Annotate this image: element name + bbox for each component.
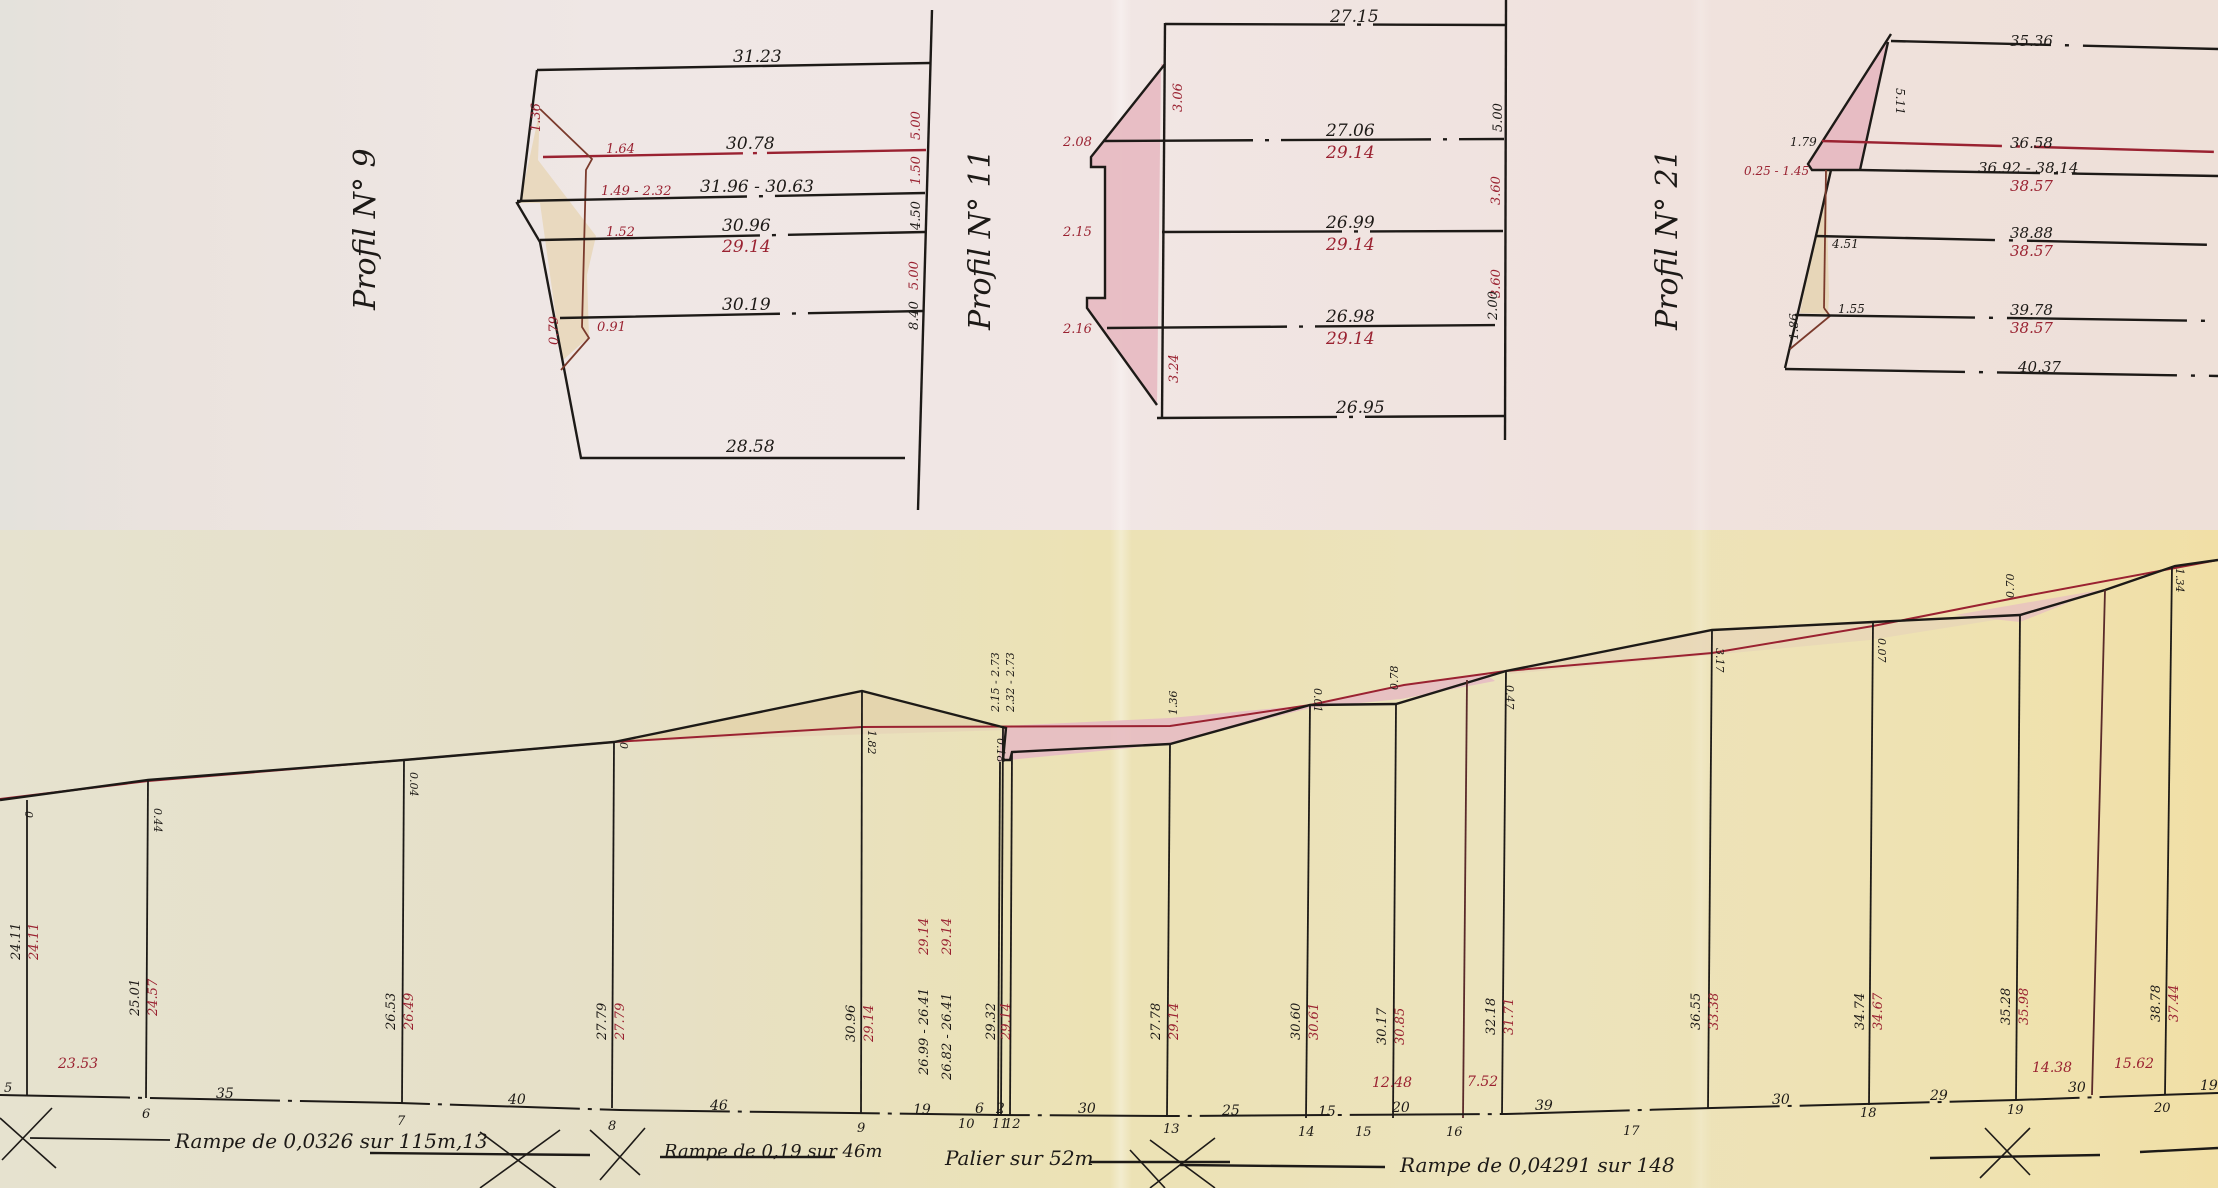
- partial-distance: 7.52: [1467, 1074, 1498, 1090]
- dimension-label: 0.25 - 1.45: [1744, 164, 1809, 178]
- formation-level: 29.14: [1167, 1003, 1182, 1041]
- ground-level: 24.11: [9, 923, 24, 961]
- dimension-label: 1.86: [1787, 313, 1801, 340]
- elevation-label: 30.96: [722, 216, 771, 236]
- elevation-label: 26.99: [1325, 213, 1375, 233]
- dimension-label: 4.51: [1831, 237, 1859, 251]
- elevation-label: 36.58: [2010, 134, 2053, 152]
- drawing: Profil N° 9 31.23 30.78 31.96 - 30.63 30…: [0, 0, 2218, 1188]
- station-number: 9: [857, 1121, 865, 1136]
- formation-label: 29.14: [1325, 235, 1375, 255]
- formation-label: 29.14: [721, 237, 771, 257]
- dimension-label: 3.60: [1489, 176, 1504, 205]
- distance-label: 35: [216, 1086, 234, 1102]
- distance-label: 25: [1221, 1103, 1240, 1119]
- distance-label: 29: [1929, 1088, 1948, 1104]
- dimension-label: 1.49 - 2.32: [601, 184, 672, 199]
- partial-distance: 14.38: [2032, 1060, 2072, 1076]
- ground-level: 27.78: [1149, 1003, 1164, 1041]
- station-number: 6: [142, 1107, 150, 1122]
- elevation-label: 26.95: [1335, 398, 1385, 418]
- formation-level: 29.14: [940, 918, 955, 956]
- gradient-label: Rampe de 0,04291 sur 148: [1399, 1153, 1675, 1177]
- ground-level: 29.32: [984, 1003, 999, 1041]
- partial-distance: 12.48: [1372, 1075, 1412, 1091]
- section-title: Profil N° 11: [963, 149, 998, 331]
- height-label: 0.01: [1311, 688, 1324, 713]
- dimension-label: 3.06: [1171, 83, 1186, 112]
- elevation-label: 27.15: [1329, 7, 1379, 27]
- formation-level: 29.14: [917, 918, 932, 956]
- elevation-label: 27.06: [1325, 121, 1375, 141]
- dimension-label: 1.36: [529, 103, 544, 132]
- ground-level: 26.53: [384, 993, 399, 1031]
- distance-label: 46: [709, 1098, 728, 1114]
- cross-section-21: [1785, 34, 2218, 376]
- dimension-label: 0.91: [597, 320, 626, 335]
- formation-level: 24.57: [146, 978, 161, 1017]
- height-label: 3.17: [1713, 648, 1726, 673]
- formation-level: 35.98: [2017, 988, 2032, 1025]
- distance-label: 19: [913, 1102, 931, 1118]
- station-number: 20: [2153, 1101, 2171, 1116]
- dimension-label: 2.16: [1062, 322, 1092, 337]
- station-number: 16: [1446, 1125, 1463, 1140]
- dimension-label: 2.15: [1062, 225, 1092, 240]
- formation-level: 37.44: [2167, 985, 2182, 1022]
- formation-level: 27.79: [613, 1003, 628, 1041]
- distance-label: 6: [975, 1101, 984, 1117]
- ground-level: 26.99 - 26.41: [917, 988, 932, 1076]
- dimension-label: 3.24: [1167, 354, 1182, 383]
- distance-label: 30: [1772, 1092, 1790, 1108]
- station-number: 5: [4, 1081, 12, 1096]
- dimension-label: 1.50: [909, 156, 924, 185]
- height-label: 2.15 - 2.73: [989, 652, 1002, 713]
- ground-level: 30.60: [1289, 1003, 1304, 1040]
- partial-distance: 15.62: [2114, 1056, 2154, 1072]
- formation-label: 38.57: [2010, 242, 2053, 260]
- elevation-label: 39.78: [2010, 301, 2053, 319]
- formation-level: 31.71: [1502, 998, 1517, 1035]
- elevation-label: 31.23: [733, 47, 782, 67]
- cross-section-9: [517, 10, 932, 510]
- station-number: 13: [1163, 1122, 1180, 1137]
- distance-label: 39: [1535, 1098, 1553, 1114]
- height-label: 1.82: [865, 730, 878, 755]
- dimension-label: 0.79: [547, 316, 562, 345]
- profile-height-labels: 0 0.44 0.04 0 1.82 0.18 2.15 - 2.73 2.32…: [23, 568, 2186, 833]
- dimension-label: 1.52: [606, 225, 635, 240]
- dimension-label: 1.79: [1790, 135, 1817, 149]
- formation-label: 38.57: [2010, 177, 2053, 195]
- height-label: 0.44: [151, 808, 164, 833]
- ground-level: 30.96: [844, 1005, 859, 1042]
- section-title: Profil N° 21: [1650, 149, 1685, 331]
- station-number: 14: [1298, 1125, 1315, 1140]
- distance-label: 40: [507, 1092, 526, 1108]
- height-label: 1.36: [1167, 691, 1180, 716]
- distance-label: 19: [2200, 1078, 2218, 1094]
- formation-level: 33.38: [1707, 993, 1722, 1030]
- ground-level: 35.28: [1999, 988, 2014, 1025]
- formation-level: 29.14: [999, 1003, 1014, 1041]
- height-label: 0.04: [407, 772, 420, 797]
- station-number: 15: [1355, 1125, 1372, 1140]
- height-label: 2.32 - 2.73: [1004, 652, 1017, 713]
- distance-label: 30: [1078, 1101, 1096, 1117]
- height-label: 0: [617, 742, 630, 749]
- elevation-label: 36.92 - 38.14: [1978, 159, 2079, 177]
- dimension-label: 5.00: [907, 261, 922, 290]
- profile-partial-distance-labels: 23.53 12.48 7.52 14.38 15.62: [57, 1056, 2154, 1091]
- formation-level: 30.85: [1393, 1008, 1408, 1045]
- dimension-label: 2.00: [1486, 291, 1501, 321]
- formation-level: 26.49: [402, 993, 417, 1031]
- distance-label: 20: [1391, 1100, 1410, 1116]
- dimension-label: 5.11: [1893, 88, 1907, 115]
- formation-level: 24.11: [27, 923, 42, 961]
- elevation-label: 40.37: [2017, 358, 2061, 376]
- cross-section-11: [1087, 0, 1506, 440]
- elevation-label: 30.78: [726, 134, 775, 154]
- distance-label: 2: [995, 1101, 1005, 1117]
- ground-level: 36.55: [1689, 993, 1704, 1030]
- ground-level: 25.01: [128, 979, 143, 1017]
- height-label: 0: [23, 811, 36, 818]
- height-label: 0.70: [2004, 574, 2017, 599]
- elevation-label: 35.36: [2010, 32, 2053, 50]
- partial-distance: 23.53: [57, 1056, 98, 1072]
- elevation-label: 28.58: [725, 437, 775, 457]
- station-number: 19: [2007, 1103, 2024, 1118]
- ground-level: 32.18: [1484, 998, 1499, 1035]
- station-number: 17: [1623, 1124, 1640, 1139]
- height-label: 0.47: [1503, 685, 1516, 710]
- ground-level: 38.78: [2149, 985, 2164, 1022]
- gradient-label: Palier sur 52m: [944, 1146, 1094, 1170]
- gradient-label: Rampe de 0,0326 sur 115m,13: [174, 1129, 488, 1153]
- dimension-label: 4.50: [909, 201, 924, 231]
- height-label: 1.34: [2173, 568, 2186, 593]
- formation-label: 38.57: [2010, 319, 2053, 337]
- station-number: 7: [397, 1114, 406, 1129]
- profile-distance-labels: 35 40 46 19 6 2 30 25 15 20 39 30 29 30 …: [216, 1078, 2218, 1120]
- station-number: 18: [1860, 1106, 1877, 1121]
- dimension-label: 1.64: [606, 142, 635, 157]
- dimension-label: 1.55: [1838, 302, 1865, 316]
- distance-label: 30: [2068, 1080, 2086, 1096]
- station-number: 8: [608, 1119, 616, 1134]
- gradient-label: Rampe de 0,19 sur 46m: [663, 1141, 883, 1162]
- dimension-label: 8.40: [907, 301, 922, 330]
- formation-level: 30.61: [1307, 1003, 1322, 1040]
- ground-level: 26.82 - 26.41: [940, 993, 955, 1081]
- dimension-label: 5.00: [909, 111, 924, 140]
- ground-level: 27.79: [595, 1003, 610, 1041]
- elevation-label: 31.96 - 30.63: [700, 177, 814, 197]
- formation-level: 29.14: [862, 1005, 877, 1043]
- height-label: 0.18: [994, 738, 1007, 763]
- height-label: 0.78: [1388, 666, 1401, 691]
- station-number: 10: [958, 1117, 975, 1132]
- station-number: 12: [1004, 1117, 1021, 1132]
- cross-section-9-labels: Profil N° 9 31.23 30.78 31.96 - 30.63 30…: [348, 47, 924, 457]
- ground-level: 30.17: [1375, 1007, 1390, 1045]
- dimension-label: 5.00: [1491, 103, 1506, 132]
- distance-label: 15: [1318, 1104, 1336, 1120]
- elevation-label: 26.98: [1325, 307, 1375, 327]
- formation-level: 34.67: [1871, 992, 1886, 1030]
- cross-section-11-labels: Profil N° 11 27.15 27.06 29.14 26.99 29.…: [963, 7, 1506, 418]
- height-label: 0.07: [1875, 638, 1888, 663]
- formation-label: 29.14: [1325, 329, 1375, 349]
- formation-label: 29.14: [1325, 143, 1375, 163]
- elevation-label: 30.19: [722, 295, 771, 315]
- dimension-label: 2.08: [1062, 135, 1092, 150]
- elevation-label: 38.88: [2010, 224, 2053, 242]
- ground-level: 34.74: [1853, 993, 1868, 1030]
- section-title: Profil N° 9: [348, 148, 383, 311]
